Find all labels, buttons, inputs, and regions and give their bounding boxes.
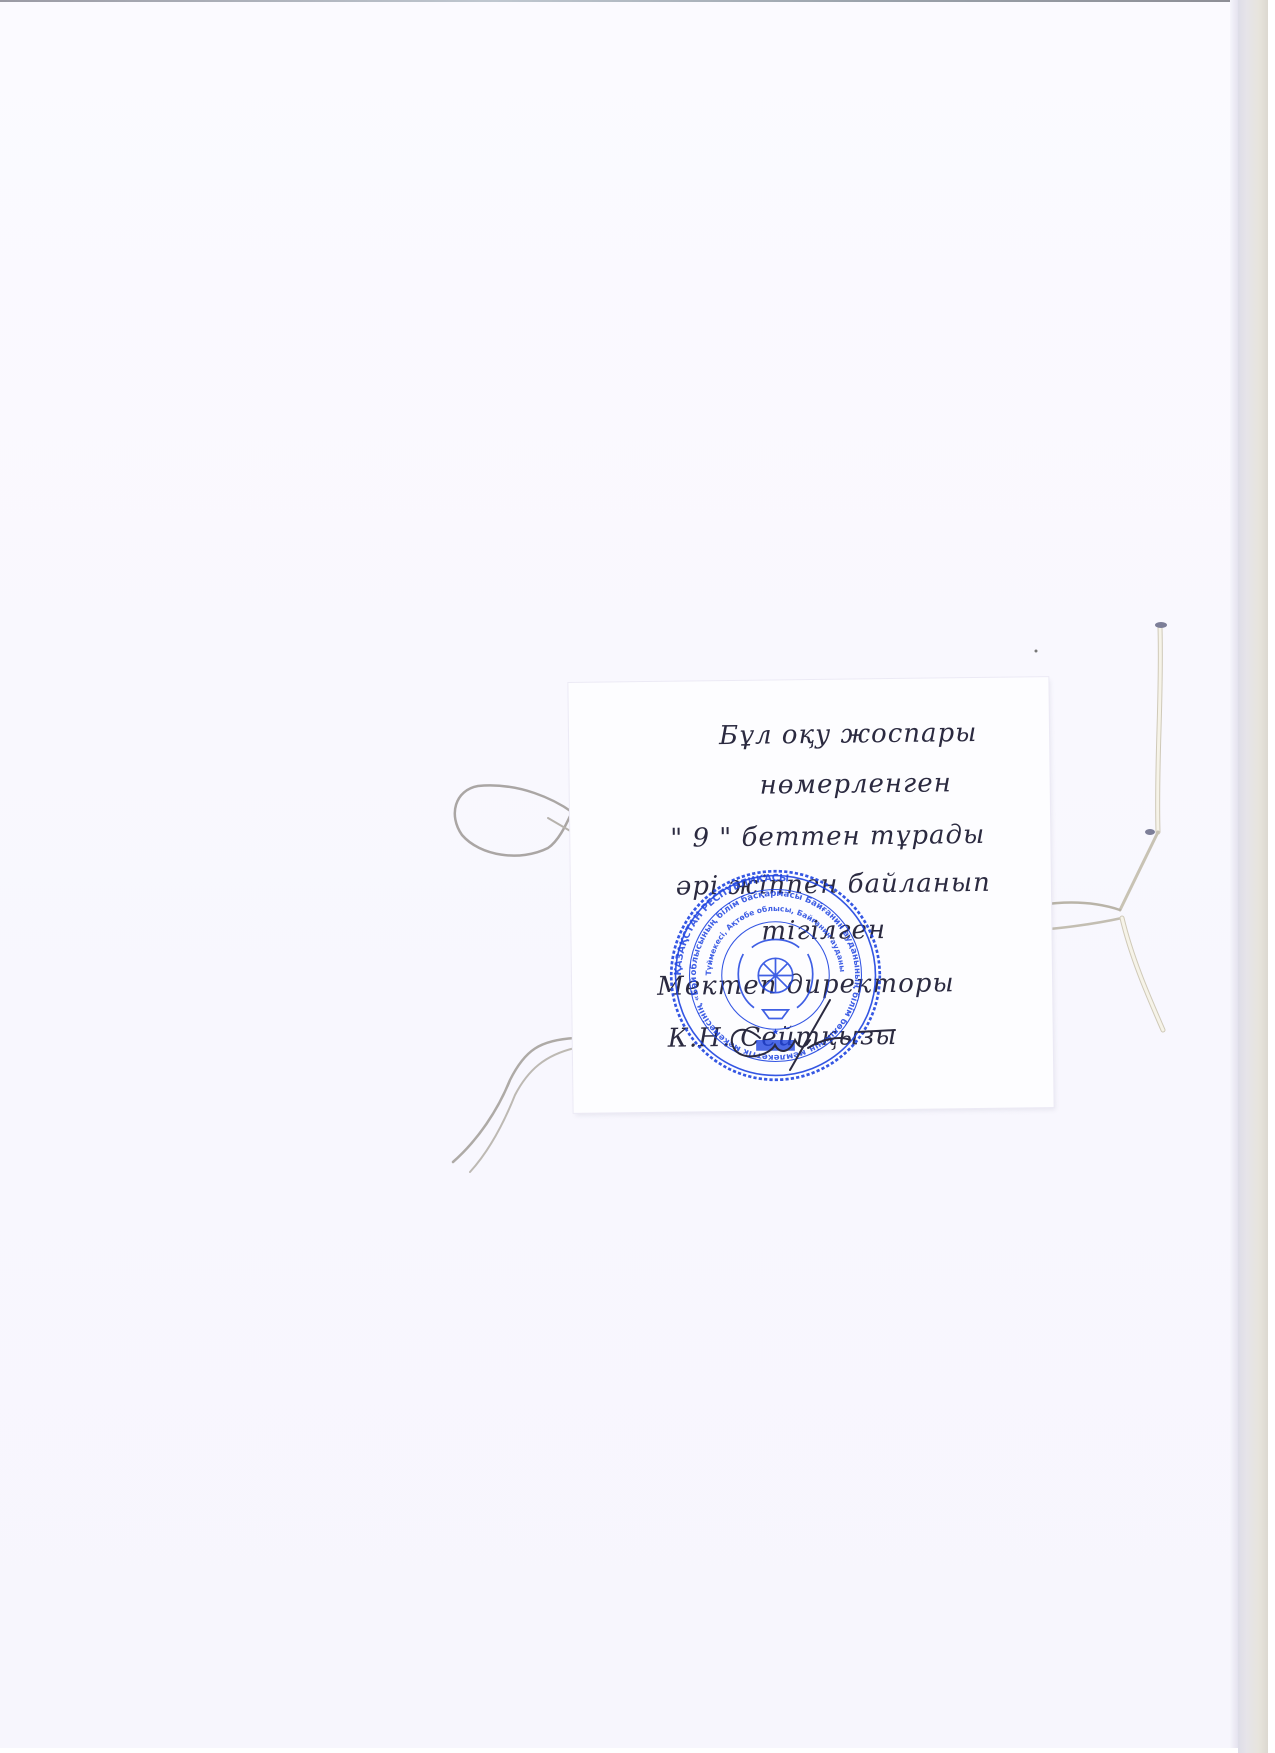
note-line-3: " 9 " беттен тұрады bbox=[670, 820, 985, 854]
stamp-seal-icon: ҚАЗАҚСТАН РЕСПУБЛИКАСЫ облысының білім б… bbox=[668, 868, 883, 1083]
page-right-shadow bbox=[1230, 0, 1238, 1753]
note-line-2: нөмерленген bbox=[759, 768, 951, 800]
svg-text:★: ★ bbox=[772, 1028, 780, 1038]
scan-margin bbox=[1268, 0, 1275, 1753]
scan-bottom-margin bbox=[0, 1748, 1238, 1753]
binding-edge-strip bbox=[1238, 0, 1268, 1753]
official-stamp: ҚАЗАҚСТАН РЕСПУБЛИКАСЫ облысының білім б… bbox=[668, 868, 883, 1083]
state-emblem-icon bbox=[738, 939, 812, 1018]
page-top-edge bbox=[0, 0, 1238, 2]
note-line-1: Бұл оқу жоспары bbox=[719, 718, 978, 751]
